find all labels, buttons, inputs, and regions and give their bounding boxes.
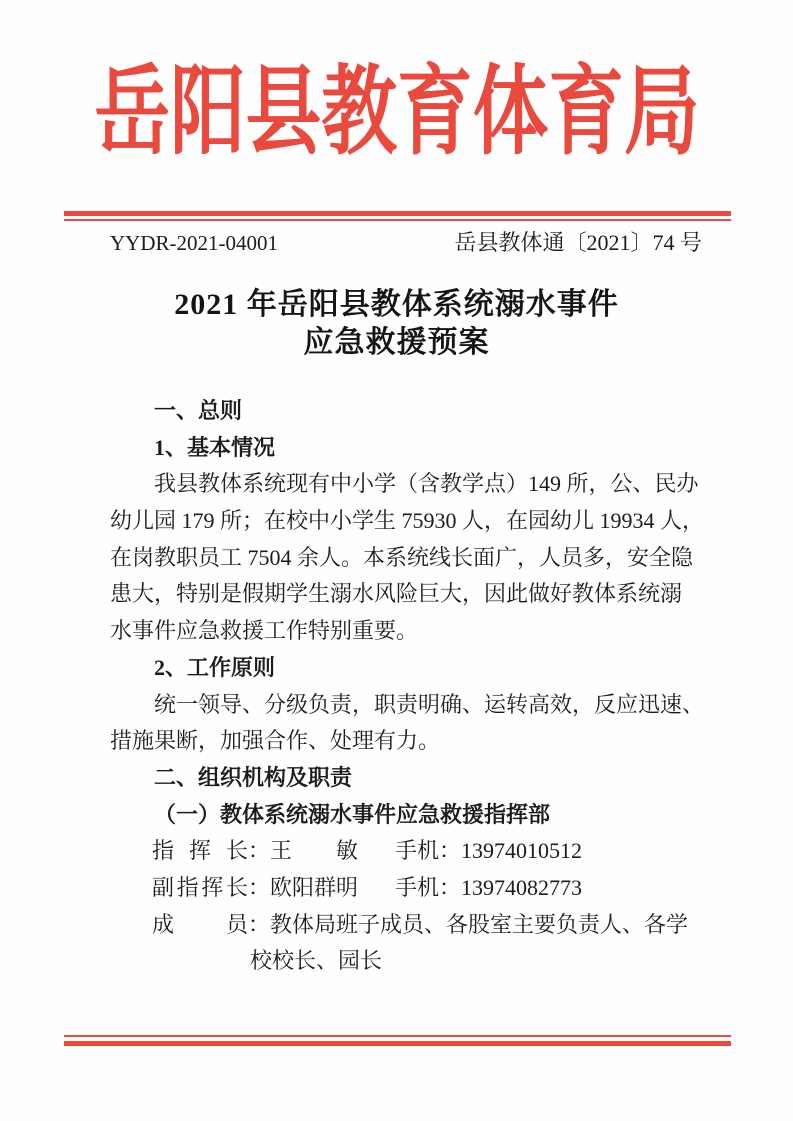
staff-name: 王 敏 <box>270 838 358 863</box>
document-title-line-1: 2021 年岳阳县教体系统溺水事件 <box>0 286 793 324</box>
staff-members-line-1: 教体局班子成员、各股室主要负责人、各学 <box>270 912 688 937</box>
doc-number-row: YYDR-2021-04001 岳县教体通〔2021〕74 号 <box>110 226 702 257</box>
section-heading-2: 二、组织机构及职责 <box>110 760 720 797</box>
header-rule-thick <box>64 211 731 216</box>
paragraph-line: 幼儿园 179 所；在校中小学生 75930 人，在园幼儿 19934 人， <box>110 503 720 540</box>
agency-title: 岳阳县教育体育局 <box>94 56 699 170</box>
header-rule-thin <box>64 219 731 221</box>
staff-role-colon: ： <box>248 838 270 863</box>
footer-rule-thick <box>64 1041 731 1046</box>
staff-phone-number: 13974082773 <box>461 875 582 900</box>
document-title: 2021 年岳阳县教体系统溺水事件 应急救援预案 <box>0 286 793 362</box>
subsection-heading-2-1: （一）教体系统溺水事件应急救援指挥部 <box>110 797 720 834</box>
paragraph-line: 措施果断，加强合作、处理有力。 <box>110 723 720 760</box>
document-body: 一、总则 1、基本情况 我县教体系统现有中小学（含教学点）149 所，公、民办 … <box>110 393 720 980</box>
document-title-line-2: 应急救援预案 <box>0 324 793 362</box>
paragraph-line: 患大，特别是假期学生溺水风险巨大，因此做好教体系统溺 <box>110 576 720 613</box>
staff-row-members: 成员：教体局班子成员、各股室主要负责人、各学 <box>110 907 720 944</box>
subsection-heading-1-1: 1、基本情况 <box>110 430 720 467</box>
section-heading-1: 一、总则 <box>110 393 720 430</box>
staff-role: 副指挥长 <box>152 870 248 907</box>
staff-phone-label: 手机： <box>395 875 461 900</box>
doc-number-left: YYDR-2021-04001 <box>110 231 278 256</box>
staff-phone: 手机：13974010512 <box>395 833 582 870</box>
paragraph-line: 我县教体系统现有中小学（含教学点）149 所，公、民办 <box>110 466 720 503</box>
letterhead: 岳阳县教育体育局 <box>0 56 793 170</box>
paragraph-line: 水事件应急救援工作特别重要。 <box>110 613 720 650</box>
staff-role: 指挥长 <box>152 833 248 870</box>
staff-row-deputy-commander: 副指挥长：欧阳群明 手机：13974082773 <box>110 870 720 907</box>
staff-name: 欧阳群明 <box>270 875 358 900</box>
document-page: 岳阳县教育体育局 YYDR-2021-04001 岳县教体通〔2021〕74 号… <box>0 0 793 1121</box>
paragraph-line: 统一领导、分级负责，职责明确、运转高效，反应迅速、 <box>110 687 720 724</box>
subsection-heading-1-2: 2、工作原则 <box>110 650 720 687</box>
staff-role-colon: ： <box>248 875 270 900</box>
staff-members-line-2: 校校长、园长 <box>110 943 720 980</box>
staff-role-colon: ： <box>248 912 270 937</box>
doc-number-right: 岳县教体通〔2021〕74 号 <box>454 226 702 257</box>
staff-phone-label: 手机： <box>395 838 461 863</box>
staff-phone: 手机：13974082773 <box>395 870 582 907</box>
staff-role: 成员 <box>152 907 248 944</box>
footer-rule-thin <box>64 1035 731 1037</box>
staff-row-commander: 指挥长：王 敏 手机：13974010512 <box>110 833 720 870</box>
paragraph-line: 在岗教职员工 7504 余人。本系统线长面广，人员多，安全隐 <box>110 540 720 577</box>
staff-phone-number: 13974010512 <box>461 838 582 863</box>
